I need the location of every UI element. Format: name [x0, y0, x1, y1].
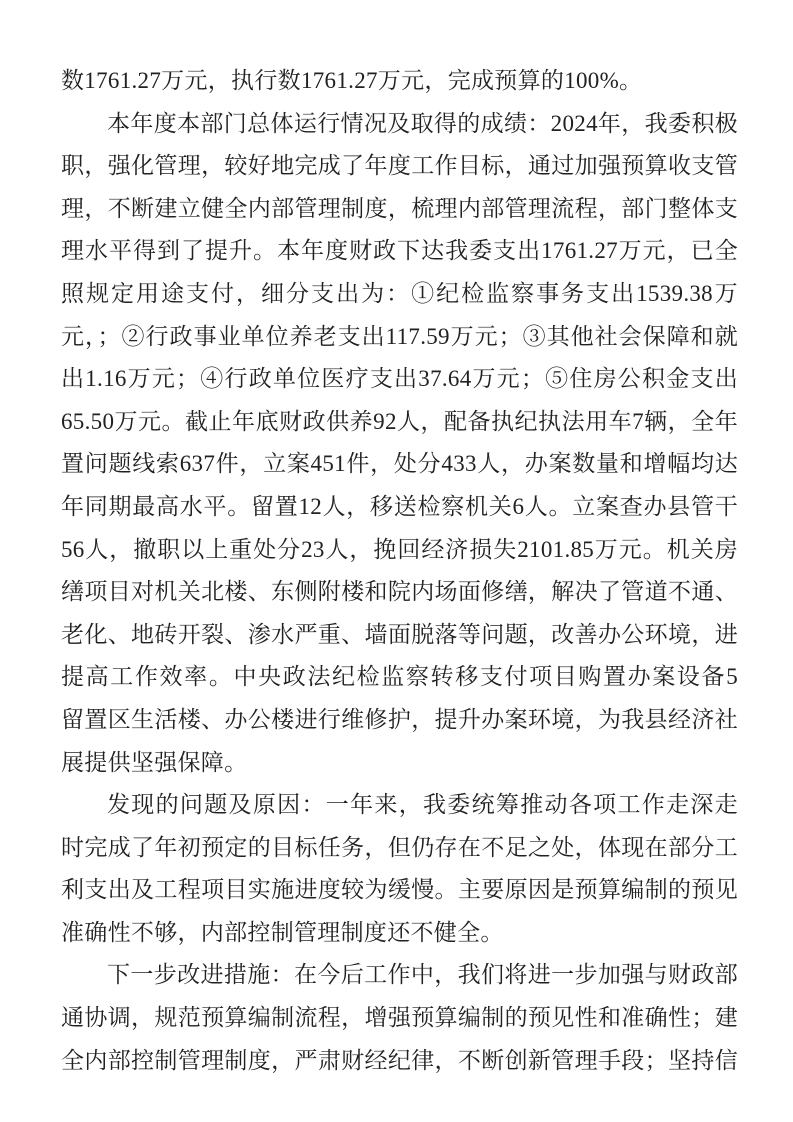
- document-page: 数1761.27万元，执行数1761.27万元，完成预算的100%。本年度本部门…: [0, 0, 793, 1122]
- text-line: 时完成了年初预定的目标任务，但仍存在不足之处，体现在部分工资福: [61, 827, 738, 870]
- text-line: 缮项目对机关北楼、东侧附楼和院内场面修缮，解决了管道不通、线路: [61, 571, 738, 614]
- text-line: 老化、地砖开裂、渗水严重、墙面脱落等问题，改善办公环境，进一步: [61, 614, 738, 657]
- text-line: 留置区生活楼、办公楼进行维修护，提升办案环境，为我县经济社会发: [61, 699, 738, 742]
- text-line: 元，；②行政事业单位养老支出117.59万元；③其他社会保障和就业支: [61, 316, 738, 359]
- document-body-text: 数1761.27万元，执行数1761.27万元，完成预算的100%。本年度本部门…: [61, 60, 738, 1082]
- text-line: 职，强化管理，较好地完成了年度工作目标，通过加强预算收支管: [61, 145, 738, 188]
- text-line: 展提供坚强保障。: [61, 742, 738, 785]
- text-line: 本年度本部门总体运行情况及取得的成绩：2024年，我委积极履: [61, 103, 738, 146]
- text-line: 全内部控制管理制度，严肃财经纪律，不断创新管理手段；坚持信息公: [61, 1040, 738, 1083]
- text-line: 发现的问题及原因：一年来，我委统筹推动各项工作走深走实，按: [61, 784, 738, 827]
- text-line: 65.50万元。截止年底财政供养92人，配备执纪执法用车7辆，全年共处: [61, 401, 738, 444]
- text-line: 通协调，规范预算编制流程，增强预算编制的预见性和准确性；建立健: [61, 997, 738, 1040]
- text-line: 年同期最高水平。留置12人，移送检察机关6人。立案查办县管干部: [61, 486, 738, 529]
- text-line: 数1761.27万元，执行数1761.27万元，完成预算的100%。: [61, 60, 738, 103]
- text-line: 下一步改进措施：在今后工作中，我们将进一步加强与财政部门沟: [61, 954, 738, 997]
- text-line: 照规定用途支付，细分支出为：①纪检监察事务支出1539.38万: [61, 273, 738, 316]
- text-line: 提高工作效率。中央政法纪检监察转移支付项目购置办案设备5台，对: [61, 656, 738, 699]
- text-line: 56人，撤职以上重处分23人，挽回经济损失2101.85万元。机关房屋修: [61, 529, 738, 572]
- text-line: 置问题线索637件，立案451件，处分433人，办案数量和增幅均达到历: [61, 443, 738, 486]
- text-line: 理水平得到了提升。本年度财政下达我委支出1761.27万元，已全部按: [61, 230, 738, 273]
- text-line: 出1.16万元；④行政单位医疗支出37.64万元；⑤住房公积金支出: [61, 358, 738, 401]
- text-line: 利支出及工程项目实施进度较为缓慢。主要原因是预算编制的预见性和: [61, 869, 738, 912]
- text-line: 理，不断建立健全内部管理制度，梳理内部管理流程，部门整体支出管: [61, 188, 738, 231]
- text-line: 准确性不够，内部控制管理制度还不健全。: [61, 912, 738, 955]
